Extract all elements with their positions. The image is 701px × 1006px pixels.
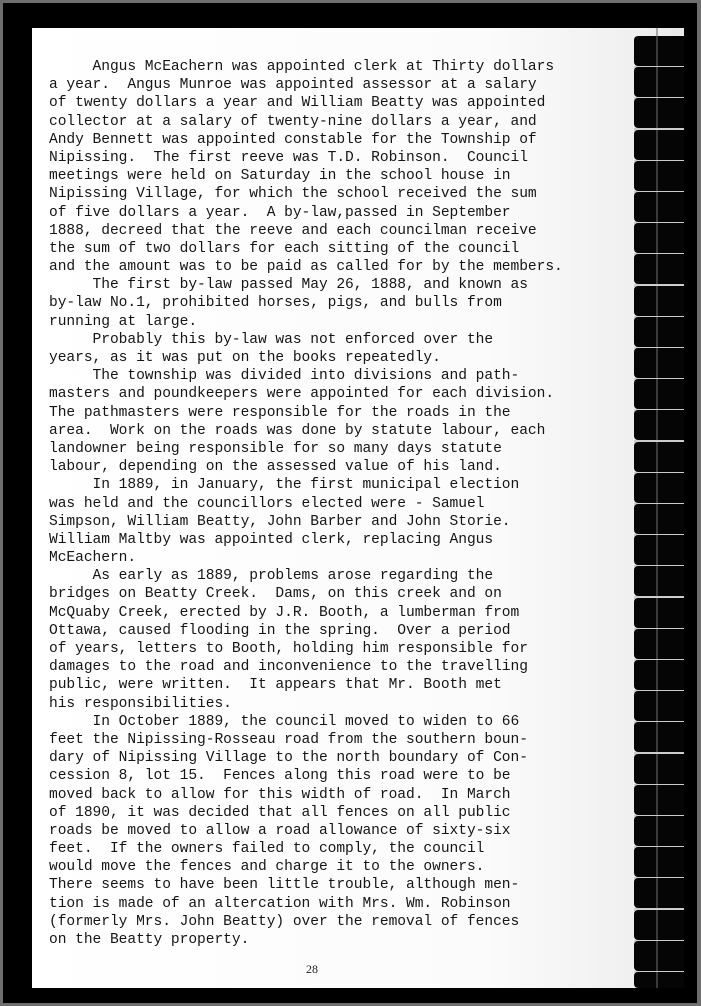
text-line: meetings were held on Saturday in the sc…: [49, 167, 649, 185]
binding-tooth-icon: [634, 410, 684, 440]
text-line: years, as it was put on the books repeat…: [49, 349, 649, 367]
binding-tooth-icon: [634, 161, 684, 191]
text-line: labour, depending on the assessed value …: [49, 458, 649, 476]
document-page: Angus McEachern was appointed clerk at T…: [32, 28, 684, 988]
text-line: roads be moved to allow a road allowance…: [49, 822, 649, 840]
text-line: moved back to allow for this width of ro…: [49, 786, 649, 804]
text-line: There seems to have been little trouble,…: [49, 876, 649, 894]
binding-tooth-icon: [634, 629, 684, 659]
binding-tooth-icon: [634, 130, 684, 160]
text-line: tion is made of an altercation with Mrs.…: [49, 895, 649, 913]
scan-frame: Angus McEachern was appointed clerk at T…: [3, 3, 697, 1003]
page-number: 28: [32, 962, 592, 977]
text-line: Probably this by-law was not enforced ov…: [49, 331, 649, 349]
binding-tooth-icon: [634, 566, 684, 596]
text-line: Nipissing Village, for which the school …: [49, 185, 649, 203]
binding-tooth-icon: [634, 847, 684, 877]
binding-tooth-icon: [634, 754, 684, 784]
text-line: Andy Bennett was appointed constable for…: [49, 131, 649, 149]
text-line: feet. If the owners failed to comply, th…: [49, 840, 649, 858]
binding-tooth-icon: [634, 816, 684, 846]
text-line: of five dollars a year. A by-law,passed …: [49, 204, 649, 222]
text-line: by-law No.1, prohibited horses, pigs, an…: [49, 294, 649, 312]
text-line: landowner being responsible for so many …: [49, 440, 649, 458]
text-line: In October 1889, the council moved to wi…: [49, 713, 649, 731]
text-line: McEachern.: [49, 549, 649, 567]
text-line: a year. Angus Munroe was appointed asses…: [49, 76, 649, 94]
binding-tooth-icon: [634, 286, 684, 316]
text-line: The township was divided into divisions …: [49, 367, 649, 385]
text-line: feet the Nipissing-Rosseau road from the…: [49, 731, 649, 749]
text-line: The pathmasters were responsible for the…: [49, 404, 649, 422]
binding-tooth-icon: [634, 192, 684, 222]
text-line: his responsibilities.: [49, 695, 649, 713]
text-line: (formerly Mrs. John Beatty) over the rem…: [49, 913, 649, 931]
text-line: collector at a salary of twenty-nine dol…: [49, 113, 649, 131]
binding-tooth-icon: [634, 317, 684, 347]
binding-tooth-icon: [634, 941, 684, 971]
body-text: Angus McEachern was appointed clerk at T…: [49, 58, 649, 949]
text-line: cession 8, lot 15. Fences along this roa…: [49, 767, 649, 785]
text-line: of twenty dollars a year and William Bea…: [49, 94, 649, 112]
text-line: dary of Nipissing Village to the north b…: [49, 749, 649, 767]
text-line: masters and poundkeepers were appointed …: [49, 385, 649, 403]
binding-tooth-icon: [634, 972, 684, 988]
binding-tooth-icon: [634, 598, 684, 628]
text-line: and the amount was to be paid as called …: [49, 258, 649, 276]
text-line: Simpson, William Beatty, John Barber and…: [49, 513, 649, 531]
binding-tooth-icon: [634, 348, 684, 378]
text-line: on the Beatty property.: [49, 931, 649, 949]
text-line: Ottawa, caused flooding in the spring. O…: [49, 622, 649, 640]
binding-tooth-icon: [634, 660, 684, 690]
binding-tooth-icon: [634, 691, 684, 721]
text-line: the sum of two dollars for each sitting …: [49, 240, 649, 258]
spiral-binding-icon: [634, 28, 684, 988]
text-line: Angus McEachern was appointed clerk at T…: [49, 58, 649, 76]
binding-tooth-icon: [634, 36, 684, 66]
text-line: public, were written. It appears that Mr…: [49, 676, 649, 694]
binding-tooth-icon: [634, 379, 684, 409]
binding-tooth-icon: [634, 254, 684, 284]
binding-tooth-icon: [634, 878, 684, 908]
text-line: As early as 1889, problems arose regardi…: [49, 567, 649, 585]
text-line: was held and the councillors elected wer…: [49, 495, 649, 513]
binding-tooth-icon: [634, 910, 684, 940]
text-line: area. Work on the roads was done by stat…: [49, 422, 649, 440]
text-line: 1888, decreed that the reeve and each co…: [49, 222, 649, 240]
text-line: damages to the road and inconvenience to…: [49, 658, 649, 676]
text-line: Nipissing. The first reeve was T.D. Robi…: [49, 149, 649, 167]
binding-tooth-icon: [634, 785, 684, 815]
text-line: of 1890, it was decided that all fences …: [49, 804, 649, 822]
binding-tooth-icon: [634, 223, 684, 253]
binding-tooth-icon: [634, 442, 684, 472]
binding-tooth-icon: [634, 722, 684, 752]
text-line: of years, letters to Booth, holding him …: [49, 640, 649, 658]
text-line: bridges on Beatty Creek. Dams, on this c…: [49, 585, 649, 603]
text-line: running at large.: [49, 313, 649, 331]
text-line: would move the fences and charge it to t…: [49, 858, 649, 876]
binding-tooth-icon: [634, 67, 684, 97]
text-line: William Maltby was appointed clerk, repl…: [49, 531, 649, 549]
text-line: McQuaby Creek, erected by J.R. Booth, a …: [49, 604, 649, 622]
text-line: The first by-law passed May 26, 1888, an…: [49, 276, 649, 294]
binding-tooth-icon: [634, 473, 684, 503]
binding-tooth-icon: [634, 504, 684, 534]
binding-tooth-icon: [634, 98, 684, 128]
text-line: In 1889, in January, the first municipal…: [49, 476, 649, 494]
binding-tooth-icon: [634, 535, 684, 565]
